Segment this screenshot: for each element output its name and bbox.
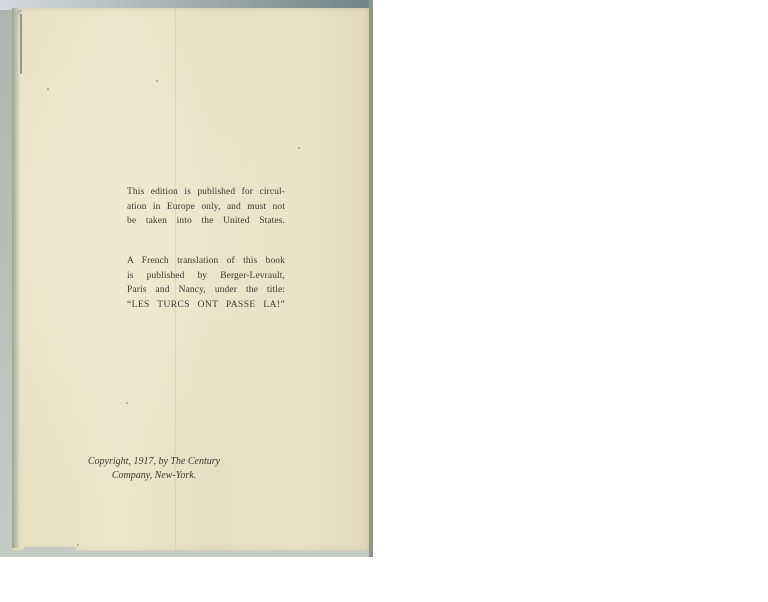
scanned-page-image: This edition is published for circul- at… — [0, 0, 373, 557]
copyright-line: Copyright, 1917, by The Century — [76, 455, 232, 469]
translation-title-line: “LES TURCS ONT PASSE LA!” — [127, 298, 285, 313]
translation-notice-line: is published by Berger-Levrault, — [127, 269, 285, 284]
paper-speck — [126, 402, 128, 404]
edition-notice-line: This edition is published for circul- — [127, 185, 285, 200]
page-inner-edge — [20, 14, 22, 74]
translation-notice-line: A French translation of this book — [127, 254, 285, 269]
paper-speck — [156, 80, 158, 82]
scan-shadow-right — [369, 0, 373, 557]
translation-notice-line: Paris and Nancy, under the title: — [127, 283, 285, 298]
edition-notice-line: ation in Europe only, and must not — [127, 200, 285, 215]
paper-speck — [47, 88, 49, 90]
page-binding-edge — [12, 8, 20, 548]
copyright-notice: Copyright, 1917, by The Century Company,… — [76, 455, 232, 483]
paper-speck — [298, 147, 300, 149]
edition-notice: This edition is published for circul- at… — [127, 185, 285, 229]
edition-notice-line: be taken into the United States. — [127, 214, 285, 229]
paper-speck — [77, 544, 79, 546]
copyright-line: Company, New-York. — [76, 469, 232, 483]
translation-notice: A French translation of this book is pub… — [127, 254, 285, 312]
